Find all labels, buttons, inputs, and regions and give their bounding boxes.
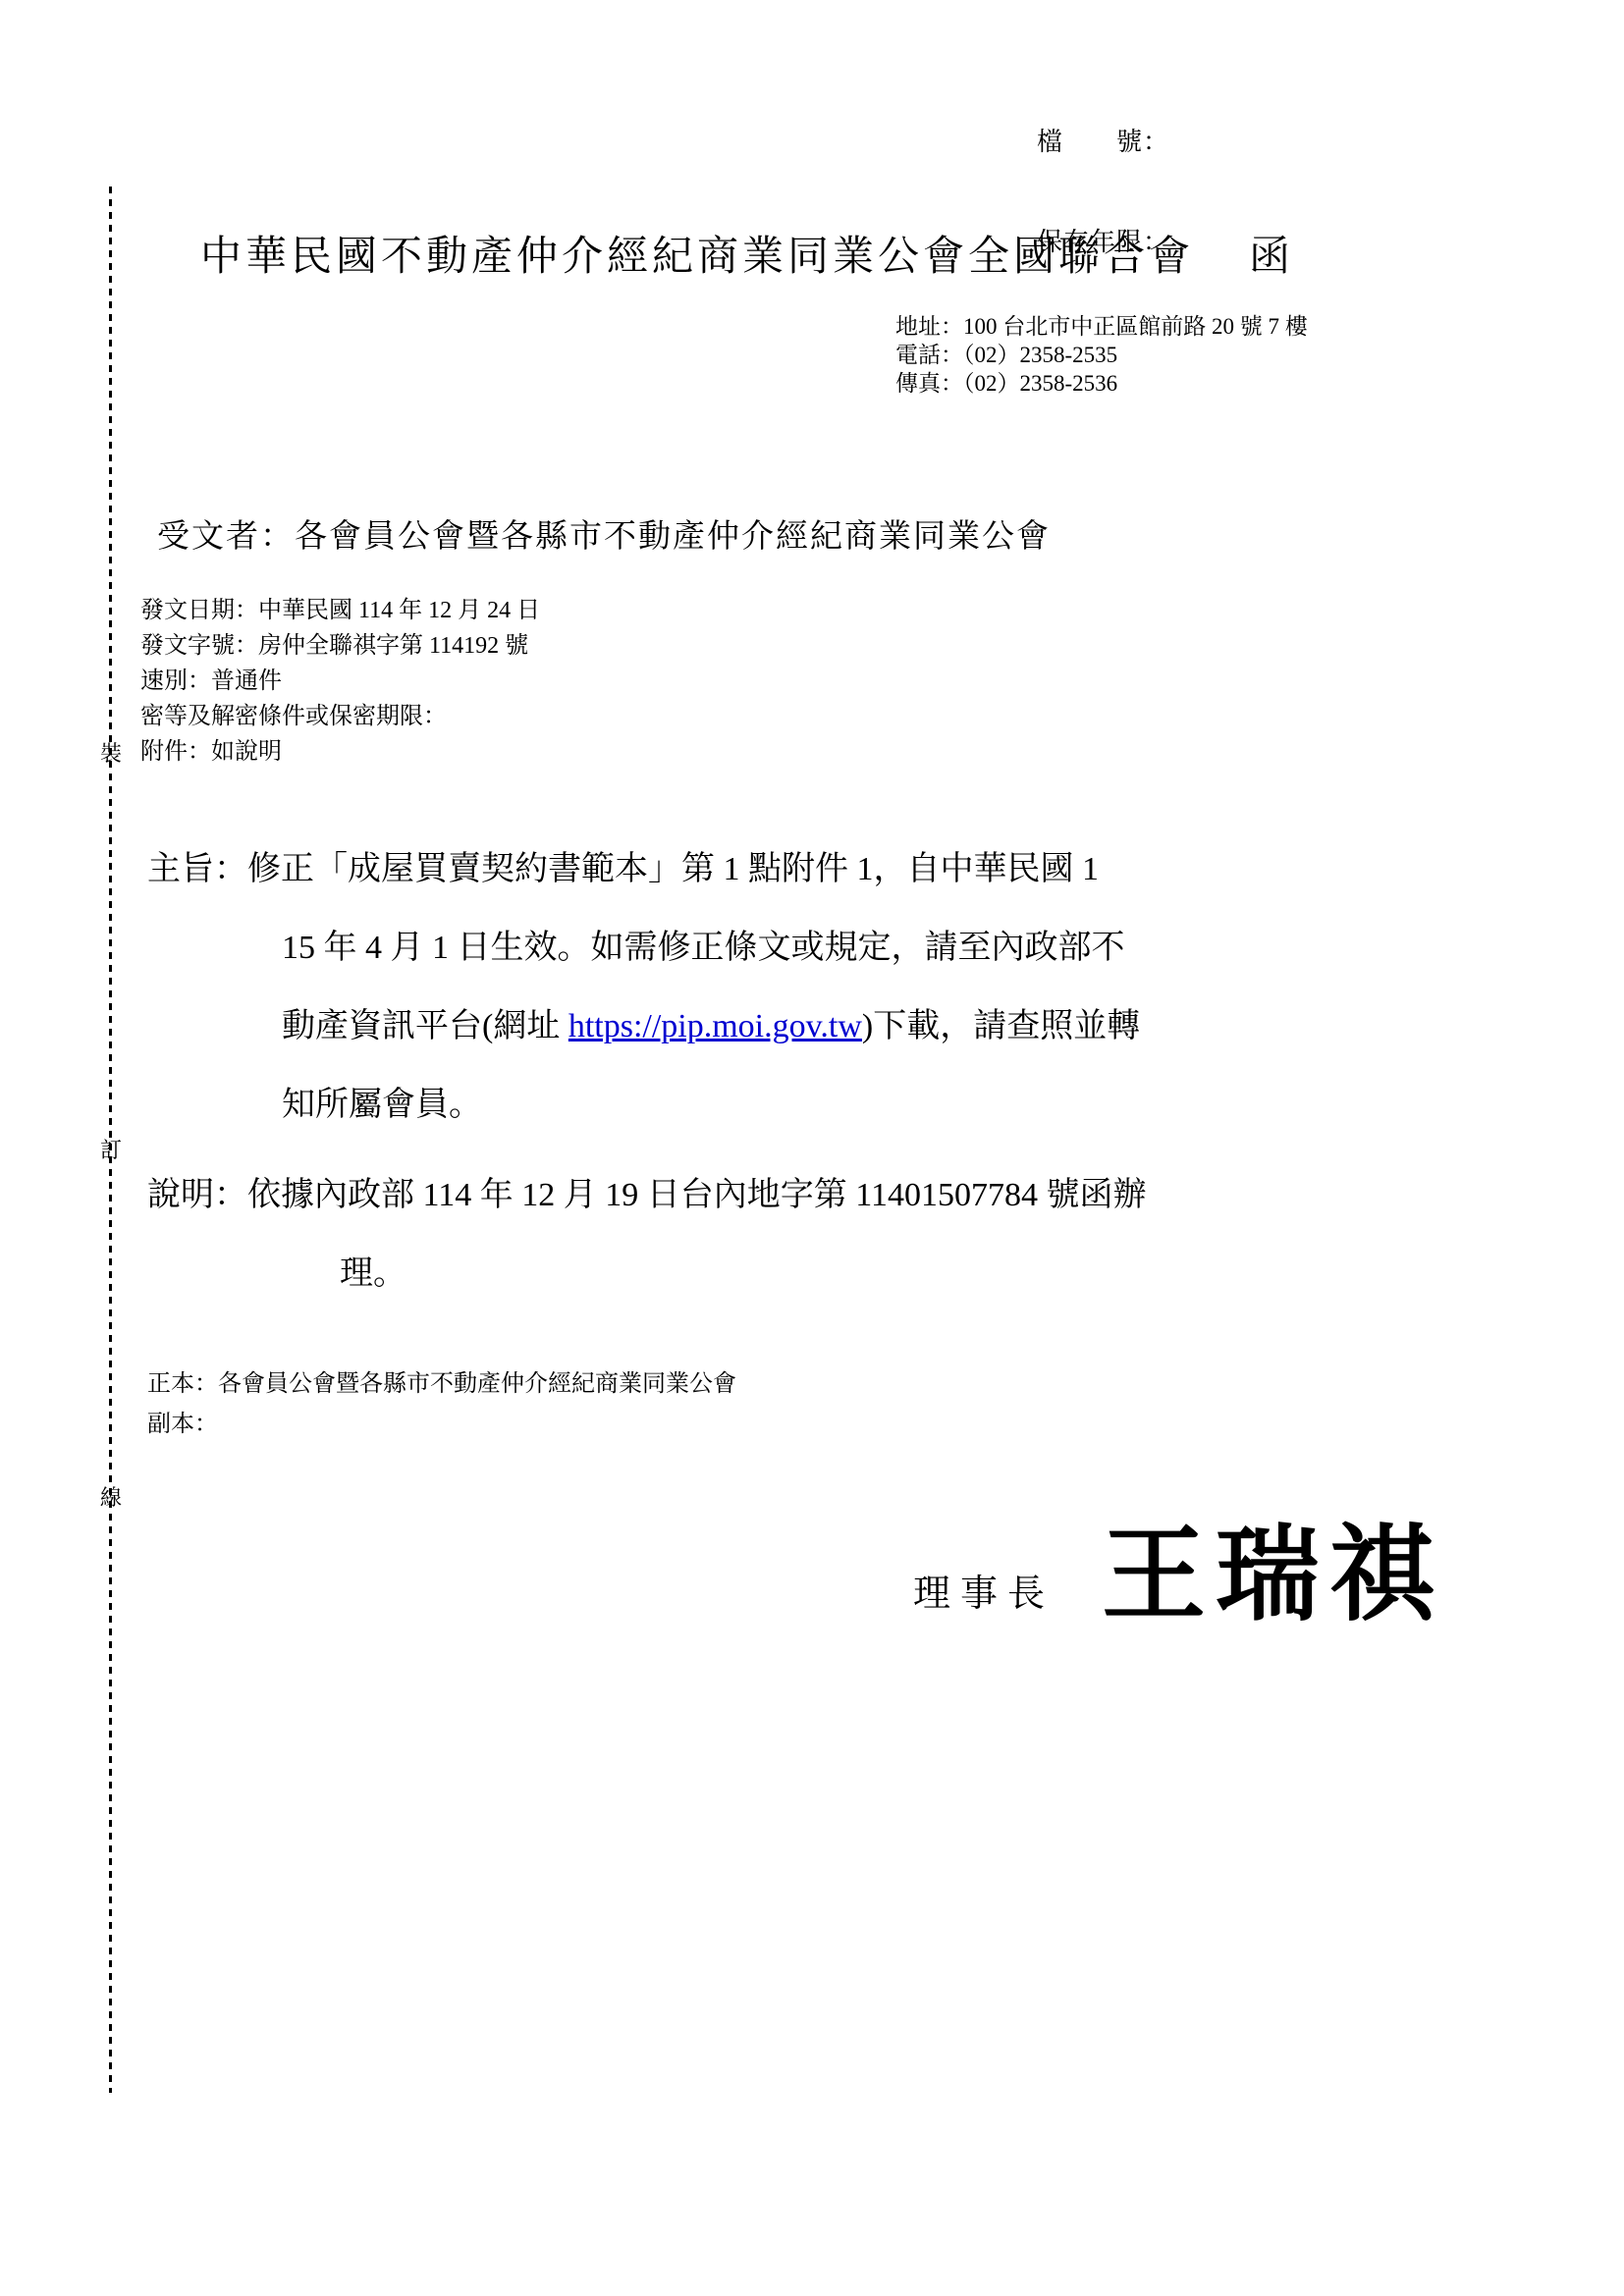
attachment-note: 附件：如說明: [140, 734, 540, 770]
security-level: 密等及解密條件或保密期限：: [140, 699, 540, 734]
subject-line-2: 15 年 4 月 1 日生效。如需修正條文或規定，請至內政部不: [147, 909, 1140, 988]
doc-number: 發文字號：房仲全聯祺字第 114192 號: [140, 628, 540, 664]
subject-line-3: 動產資訊平台(網址 https://pip.moi.gov.tw)下載，請查照並…: [147, 988, 1140, 1066]
cc-copy-line: 副本：: [147, 1405, 736, 1445]
org-phone: 電話：（02）2358-2535: [895, 341, 1308, 369]
explanation-line-1: 說明：依據內政部 114 年 12 月 19 日台內地字第 1140150778…: [147, 1156, 1146, 1235]
binding-mark-xian: 線: [99, 1486, 123, 1510]
pip-moi-gov-link[interactable]: https://pip.moi.gov.tw: [568, 1008, 862, 1044]
subject-line-4: 知所屬會員。: [147, 1066, 1140, 1145]
org-fax: 傳真：（02）2358-2536: [895, 369, 1308, 398]
explanation-line-2: 理。: [147, 1235, 1146, 1313]
org-name: 中華民國不動產仲介經紀商業同業公會全國聯合會: [200, 235, 1194, 280]
original-copy-line: 正本：各會員公會暨各縣市不動產仲介經紀商業同業公會: [147, 1364, 736, 1405]
chairman-title: 理事長: [913, 1563, 1055, 1617]
org-address: 地址：100 台北市中正區館前路 20 號 7 樓: [895, 312, 1308, 341]
subject-paragraph: 主旨：修正「成屋買賣契約書範本」第 1 點附件 1，自中華民國 1 15 年 4…: [147, 830, 1140, 1145]
subject-line-3-pre: 動產資訊平台(網址: [282, 1008, 568, 1044]
recipient-line: 受文者：各會員公會暨各縣市不動產仲介經紀商業同業公會: [157, 510, 1051, 557]
letterhead-title: 中華民國不動產仲介經紀商業同業公會全國聯合會函: [200, 224, 1294, 283]
org-contact-block: 地址：100 台北市中正區館前路 20 號 7 樓 電話：（02）2358-25…: [895, 312, 1308, 398]
official-letter-page: 裝 訂 線 檔 號： 保存年限： 中華民國不動產仲介經紀商業同業公會全國聯合會函…: [0, 0, 1624, 2296]
doc-meta-block: 發文日期：中華民國 114 年 12 月 24 日 發文字號：房仲全聯祺字第 1…: [140, 593, 540, 770]
archive-header: 檔 號： 保存年限：: [1037, 59, 1169, 326]
issue-date: 發文日期：中華民國 114 年 12 月 24 日: [140, 593, 540, 628]
explanation-paragraph: 說明：依據內政部 114 年 12 月 19 日台內地字第 1140150778…: [147, 1156, 1146, 1313]
doc-type-label: 函: [1249, 235, 1294, 280]
binding-mark-zhuang: 裝: [99, 742, 123, 766]
copies-block: 正本：各會員公會暨各縣市不動產仲介經紀商業同業公會 副本：: [147, 1364, 736, 1445]
subject-line-3-post: )下載，請查照並轉: [862, 1008, 1140, 1044]
subject-line-1: 主旨：修正「成屋買賣契約書範本」第 1 點附件 1，自中華民國 1: [147, 830, 1140, 909]
delivery-speed: 速別：普通件: [140, 664, 540, 699]
binding-mark-ding: 訂: [99, 1139, 123, 1162]
chairman-name: 王瑞祺: [1102, 1492, 1443, 1641]
file-number-label: 檔 號：: [1037, 126, 1169, 159]
